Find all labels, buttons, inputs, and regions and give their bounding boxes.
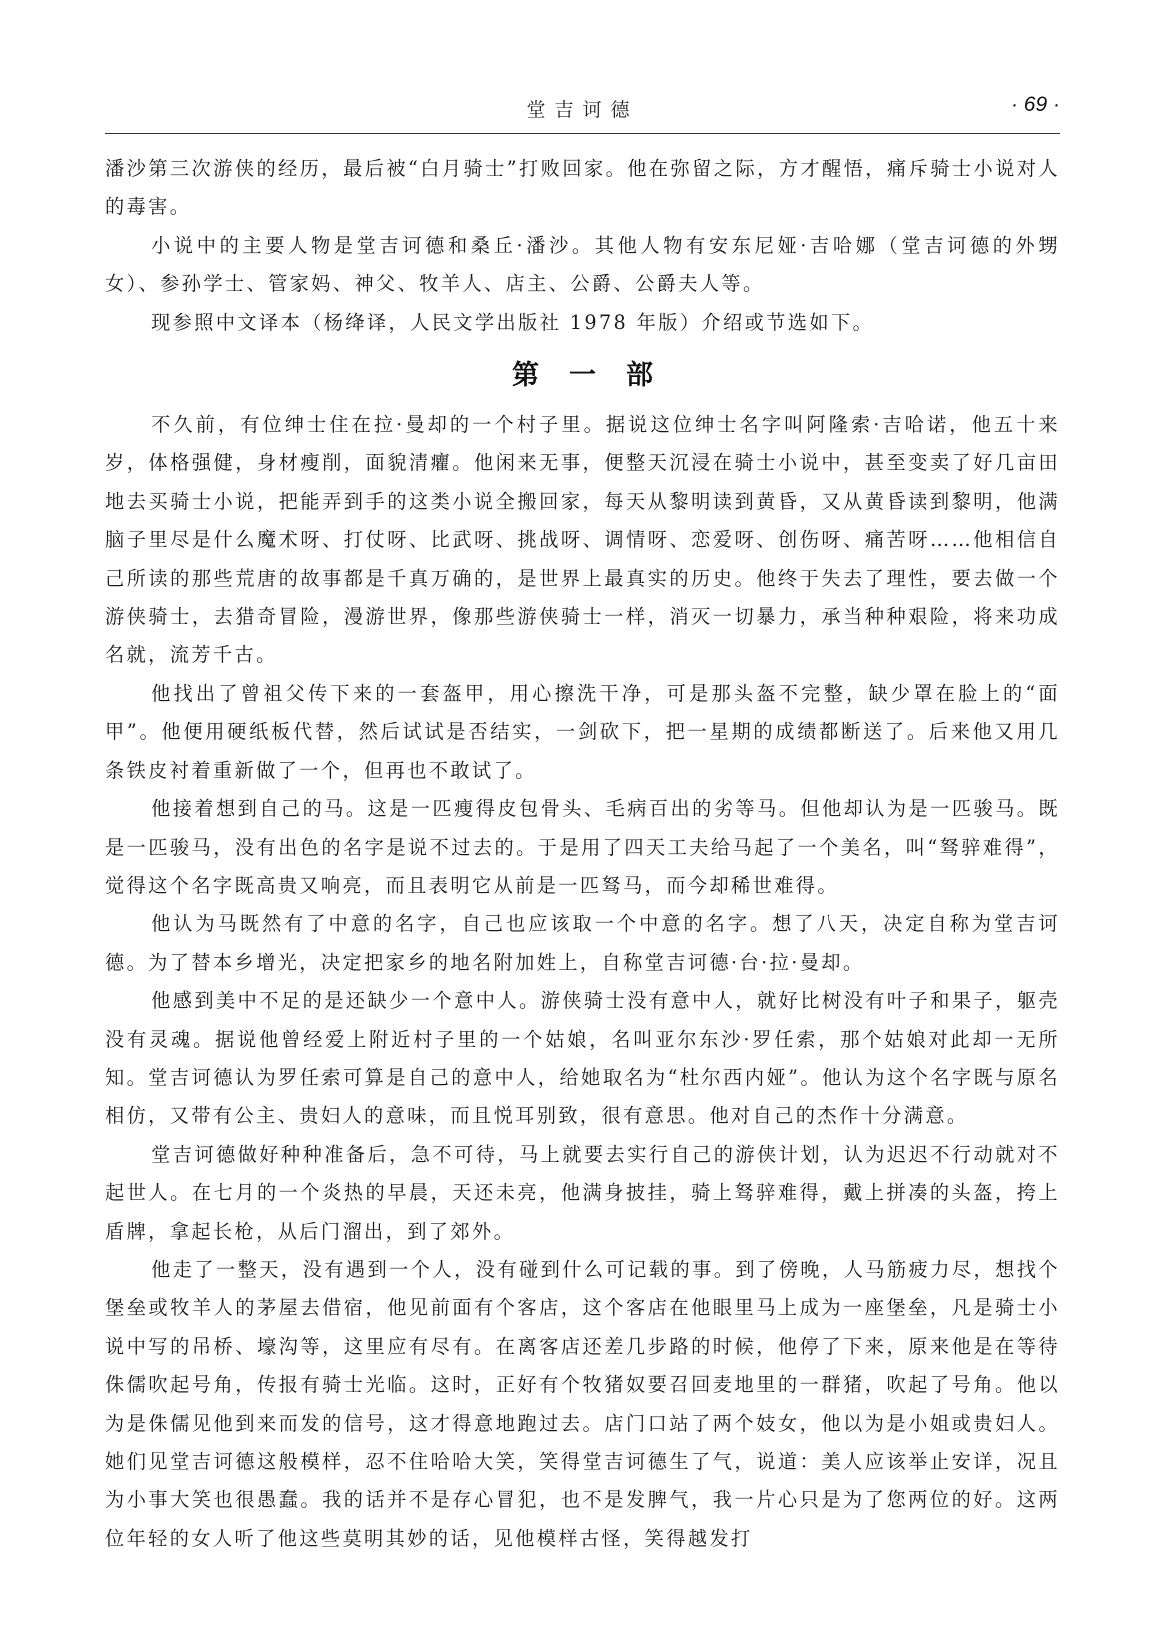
- section-paragraph-3: 他接着想到自己的马。这是一匹瘦得皮包骨头、毛病百出的劣等马。但他却认为是一匹骏马…: [105, 790, 1060, 905]
- intro-paragraph-3: 现参照中文译本（杨绛译，人民文学出版社 1978 年版）介绍或节选如下。: [105, 304, 1060, 342]
- intro-paragraph-2: 小说中的主要人物是堂吉诃德和桑丘·潘沙。其他人物有安东尼娅·吉哈娜（堂吉诃德的外…: [105, 227, 1060, 304]
- header-divider: [105, 133, 1060, 134]
- section-paragraph-5: 他感到美中不足的是还缺少一个意中人。游侠骑士没有意中人，就好比树没有叶子和果子，…: [105, 982, 1060, 1136]
- section-heading: 第一部: [105, 356, 1060, 396]
- section-paragraph-4: 他认为马既然有了中意的名字，自己也应该取一个中意的名字。想了八天，决定自称为堂吉…: [105, 905, 1060, 982]
- page-number: · 69 ·: [1011, 93, 1060, 117]
- body-text: 潘沙第三次游侠的经历，最后被“白月骑士”打败回家。他在弥留之际，方才醒悟，痛斥骑…: [105, 150, 1060, 1558]
- header-title: 堂吉诃德: [105, 95, 1060, 122]
- section-paragraph-6: 堂吉诃德做好种种准备后，急不可待，马上就要去实行自己的游侠计划，认为迟迟不行动就…: [105, 1136, 1060, 1251]
- section-paragraph-2: 他找出了曾祖父传下来的一套盔甲，用心擦洗干净，可是那头盔不完整，缺少罩在脸上的“…: [105, 675, 1060, 790]
- running-header: 堂吉诃德 · 69 ·: [105, 93, 1060, 123]
- section-paragraph-1: 不久前，有位绅士住在拉·曼却的一个村子里。据说这位绅士名字叫阿隆索·吉哈诺，他五…: [105, 406, 1060, 675]
- section-paragraph-7: 他走了一整天，没有遇到一个人，没有碰到什么可记载的事。到了傍晚，人马筋疲力尽，想…: [105, 1251, 1060, 1558]
- intro-paragraph-1: 潘沙第三次游侠的经历，最后被“白月骑士”打败回家。他在弥留之际，方才醒悟，痛斥骑…: [105, 150, 1060, 227]
